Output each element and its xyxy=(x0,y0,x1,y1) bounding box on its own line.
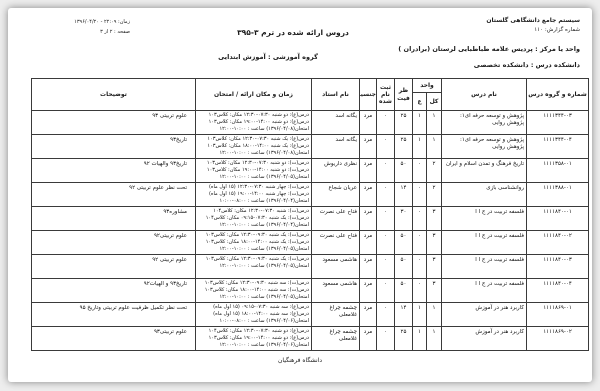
header-gender: جنسیت xyxy=(359,79,376,111)
cell-capacity: ۲۵ xyxy=(394,135,412,159)
cell-professor: فتاح علی نصرت xyxy=(311,231,359,255)
cell-gender: مرد xyxy=(359,303,376,327)
cell-remarks: علوم تربیتی۹۲ xyxy=(31,231,195,255)
header-registered: ثبت نام شده xyxy=(376,79,394,111)
cell-registered: ۰ xyxy=(376,207,394,231)
cell-registered: ۰ xyxy=(376,303,394,327)
cell-course-name: فلسفه تربیت در ج ا ا xyxy=(442,207,527,231)
header-remarks: توضیحات xyxy=(31,79,195,111)
cell-capacity: ۱۴ xyxy=(394,183,412,207)
cell-course-name: فلسفه تربیت در ج ا ا xyxy=(442,255,527,279)
cell-registered: ۰ xyxy=(376,255,394,279)
cell-remarks: علوم تربیتی ۹۳ xyxy=(31,111,195,135)
cell-registered: ۰ xyxy=(376,231,394,255)
cell-course-no: ۱۱۱۱۸۴۰-۰۴ xyxy=(527,279,589,303)
cell-capacity: ۵۰ xyxy=(394,255,412,279)
header-units-total: کل xyxy=(427,93,442,111)
cell-gender: مرد xyxy=(359,111,376,135)
cell-course-no: ۱۱۱۱۳۵۸-۰۱ xyxy=(527,159,589,183)
header-units-practical: ع xyxy=(412,93,426,111)
cell-course-no: ۱۱۱۱۸۶۹-۰۲ xyxy=(527,327,589,351)
cell-gender: مرد xyxy=(359,159,376,183)
cell-schedule: درس(ع): دو شنبه ۰۷:۳۰-۱۲:۳۰ مکان: کلاس۱۰… xyxy=(195,111,311,135)
cell-professor: عریان شجاع xyxy=(311,183,359,207)
cell-units-practical: ۰ xyxy=(412,159,426,183)
cell-registered: ۰ xyxy=(376,111,394,135)
cell-course-no: ۱۱۱۱۸۴۰-۰۱ xyxy=(527,207,589,231)
cell-course-name: پژوهش و توسعه حرفه ای۱: پژوهش روایی xyxy=(442,135,527,159)
table-row: ۱۱۱۱۳۴۴-۰۳پژوهش و توسعه حرفه ای۱: پژوهش … xyxy=(31,111,588,135)
faculty-line: دانشکده درس : دانشکده تخصصی xyxy=(474,61,580,69)
cell-registered: ۰ xyxy=(376,159,394,183)
table-row: ۱۱۱۱۳۴۴-۰۴پژوهش و توسعه حرفه ای۱: پژوهش … xyxy=(31,135,588,159)
cell-units-practical: ۱ xyxy=(412,327,426,351)
cell-units-total: ۳ xyxy=(427,255,442,279)
cell-course-no: ۱۱۱۱۸۴۰-۰۳ xyxy=(527,255,589,279)
table-row: ۱۱۱۱۸۴۰-۰۱فلسفه تربیت در ج ا ا۳۰۳۰۰مردفت… xyxy=(31,207,588,231)
cell-registered: ۰ xyxy=(376,327,394,351)
cell-gender: مرد xyxy=(359,183,376,207)
cell-course-name: تاریخ فرهنگ و تمدن اسلام و ایران xyxy=(442,159,527,183)
cell-schedule: درس(ت): سه شنبه ۰۹:۳۰-۱۲:۳۰ مکان: کلاس۱۰… xyxy=(195,279,311,303)
cell-course-name: پژوهش و توسعه حرفه ای۱: پژوهش روایی xyxy=(442,111,527,135)
cell-remarks: مشاوره۹۳ xyxy=(31,207,195,231)
header-registered-line3: شده xyxy=(377,98,394,105)
cell-gender: مرد xyxy=(359,255,376,279)
cell-schedule: درس(ع): یک شنبه ۰۷:۳۰-۱۲:۳۰ مکان: کلاس۱۰… xyxy=(195,135,311,159)
cell-course-name: فلسفه تربیت در ج ا ا xyxy=(442,279,527,303)
cell-units-total: ۱ xyxy=(427,111,442,135)
cell-capacity: ۵۰ xyxy=(394,159,412,183)
table-row: ۱۱۱۱۸۶۹-۰۲کاربرد هنر در آموزش۱۱۲۵۰مردچشم… xyxy=(31,327,588,351)
cell-course-no: ۱۱۱۱۸۴۰-۰۲ xyxy=(527,231,589,255)
header-registered-line1: ثبت xyxy=(377,84,394,91)
cell-capacity: ۲۵ xyxy=(394,327,412,351)
print-meta: زمان: ۲۲:۰۹ - ۱۳۹۶/۰۴/۲۰ صفحه : ۲ از ۳ xyxy=(30,19,130,39)
header-units: واحد xyxy=(412,79,441,93)
cell-registered: ۰ xyxy=(376,279,394,303)
cell-units-total: ۱ xyxy=(427,327,442,351)
table-row: ۱۱۱۱۳۸۸-۰۱روانشناسی بازی۲۰۱۴۰مردعریان شج… xyxy=(31,183,588,207)
cell-units-total: ۲ xyxy=(427,183,442,207)
group-line: گروه آموزشی : آموزش ابتدایی xyxy=(133,53,403,61)
report-screenshot: { "page": { "system_title": "سیستم جامع … xyxy=(0,0,600,391)
header-capacity: ظر فیت xyxy=(394,79,412,111)
cell-units-total: ۳ xyxy=(427,231,442,255)
course-table: شماره و گروه درس نام درس واحد ظر فیت ثبت… xyxy=(31,78,589,351)
cell-professor: چشمه چراغغلامعلی xyxy=(311,327,359,351)
cell-units-total: ۳ xyxy=(427,279,442,303)
cell-capacity: ۵۰ xyxy=(394,279,412,303)
system-title: سیستم جامع دانشگاهی گلستان xyxy=(486,17,580,24)
cell-units-practical: ۰ xyxy=(412,183,426,207)
footer-university: دانشگاه فرهنگیان xyxy=(8,357,592,364)
cell-course-name: کاربرد هنر در آموزش xyxy=(442,327,527,351)
cell-registered: ۰ xyxy=(376,183,394,207)
cell-capacity: ۲۵ xyxy=(394,111,412,135)
table-row: ۱۱۱۱۸۴۰-۰۴فلسفه تربیت در ج ا ا۳۰۵۰۰مردها… xyxy=(31,279,588,303)
system-header: سیستم جامع دانشگاهی گلستان شماره گزارش: … xyxy=(486,17,580,33)
header-capacity-line2: فیت xyxy=(395,95,412,102)
cell-course-no: ۱۱۱۱۸۶۹-۰۱ xyxy=(527,303,589,327)
cell-remarks: تاریخ۹۳ والهیات ۹۲ xyxy=(31,159,195,183)
header-registered-line2: نام xyxy=(377,91,394,98)
cell-schedule: درس(ت): چهار شنبه ۰۷:۳۰-۱۲:۳۰ (۱۵ اول ما… xyxy=(195,183,311,207)
cell-units-total: ۱ xyxy=(427,303,442,327)
cell-units-total: ۳ xyxy=(427,207,442,231)
cell-course-name: فلسفه تربیت در ج ا ا xyxy=(442,231,527,255)
cell-capacity: ۱۴ xyxy=(394,303,412,327)
cell-units-total: ۱ xyxy=(427,135,442,159)
cell-professor: هاشمی مسعود xyxy=(311,255,359,279)
cell-course-no: ۱۱۱۱۳۴۴-۰۳ xyxy=(527,111,589,135)
cell-remarks: تاریخ۹۳ و الهیات۹۲ xyxy=(31,279,195,303)
cell-schedule: درس(ع): دو شنبه ۰۷:۳۰-۱۲:۳۰ مکان: کلاس۱۰… xyxy=(195,327,311,351)
cell-professor: فتاح علی نصرت xyxy=(311,207,359,231)
unit-center-line: واحد یا مرکز : پردیس علامه طباطبایی لرست… xyxy=(398,45,580,53)
header-professor: نام استاد xyxy=(311,79,359,111)
table-row: ۱۱۱۱۸۴۰-۰۲فلسفه تربیت در ج ا ا۳۰۵۰۰مردفت… xyxy=(31,231,588,255)
cell-professor: یگانه اسد xyxy=(311,135,359,159)
cell-units-practical: ۰ xyxy=(412,279,426,303)
cell-course-name: روانشناسی بازی xyxy=(442,183,527,207)
cell-gender: مرد xyxy=(359,231,376,255)
table-row: ۱۱۱۱۳۵۸-۰۱تاریخ فرهنگ و تمدن اسلام و ایر… xyxy=(31,159,588,183)
cell-gender: مرد xyxy=(359,327,376,351)
header-schedule: زمان و مکان ارائه / امتحان xyxy=(195,79,311,111)
cell-units-practical: ۱ xyxy=(412,111,426,135)
cell-capacity: ۵۰ xyxy=(394,231,412,255)
cell-gender: مرد xyxy=(359,279,376,303)
cell-units-practical: ۱ xyxy=(412,135,426,159)
page-number: صفحه : ۲ از ۳ xyxy=(30,29,130,35)
table-row: ۱۱۱۱۸۶۹-۰۱کاربرد هنر در آموزش۱۱۱۴۰مردچشم… xyxy=(31,303,588,327)
header-course-no: شماره و گروه درس xyxy=(527,79,589,111)
cell-schedule: درس(ت): شنبه ۰۷:۳۰-۱۲:۳۰ مکان: کلاس۱۰۴در… xyxy=(195,207,311,231)
cell-remarks: تاریخ۹۳ xyxy=(31,135,195,159)
header-course-name: نام درس xyxy=(442,79,527,111)
cell-remarks: علوم تربیتی۹۳ xyxy=(31,327,195,351)
cell-course-no: ۱۱۱۱۳۸۸-۰۱ xyxy=(527,183,589,207)
cell-units-practical: ۱ xyxy=(412,303,426,327)
cell-professor: هاشمی مسعود xyxy=(311,279,359,303)
table-row: ۱۱۱۱۸۴۰-۰۳فلسفه تربیت در ج ا ا۳۰۵۰۰مردها… xyxy=(31,255,588,279)
cell-remarks: علوم تربیتی ۹۲ xyxy=(31,255,195,279)
header-capacity-line1: ظر xyxy=(395,87,412,94)
cell-schedule: درس(ت): یک شنبه ۰۹:۳۰-۱۲:۳۰ مکان: کلاس۱۰… xyxy=(195,231,311,255)
cell-course-name: کاربرد هنر در آموزش xyxy=(442,303,527,327)
cell-units-total: ۲ xyxy=(427,159,442,183)
cell-units-practical: ۰ xyxy=(412,207,426,231)
cell-gender: مرد xyxy=(359,207,376,231)
cell-capacity: ۳۰ xyxy=(394,207,412,231)
cell-units-practical: ۰ xyxy=(412,255,426,279)
cell-professor: چشمه چراغغلامعلی xyxy=(311,303,359,327)
page-title: دروس ارائه شده در ترم ۳-۳۹۵ xyxy=(158,28,428,37)
course-table-header: شماره و گروه درس نام درس واحد ظر فیت ثبت… xyxy=(31,79,588,111)
report-page: سیستم جامع دانشگاهی گلستان شماره گزارش: … xyxy=(8,8,592,382)
cell-professor: یگانه اسد xyxy=(311,111,359,135)
cell-course-no: ۱۱۱۱۳۴۴-۰۴ xyxy=(527,135,589,159)
report-number: شماره گزارش: ۱۱۰ xyxy=(486,27,580,33)
cell-professor: نظری داریوش xyxy=(311,159,359,183)
cell-remarks: تحت نظر تکمیل ظرفیت علوم تربیتی وتاریخ ۹… xyxy=(31,303,195,327)
cell-units-practical: ۰ xyxy=(412,231,426,255)
cell-schedule: درس(ع): سه شنبه ۰۷:۳۰-۰۹:۱۵ (۱۵ اول ماه)… xyxy=(195,303,311,327)
cell-registered: ۰ xyxy=(376,135,394,159)
cell-schedule: درس(ت): یک شنبه ۰۹:۳۰-۱۲:۳۰ مکان: کلاس۱۰… xyxy=(195,255,311,279)
print-time: زمان: ۲۲:۰۹ - ۱۳۹۶/۰۴/۲۰ xyxy=(30,19,130,25)
cell-schedule: درس(ت): دو شنبه ۰۷:۳۰-۱۲:۳۰ مکان: کلاس۱۰… xyxy=(195,159,311,183)
cell-gender: مرد xyxy=(359,135,376,159)
course-table-body: ۱۱۱۱۳۴۴-۰۳پژوهش و توسعه حرفه ای۱: پژوهش … xyxy=(31,111,588,351)
cell-remarks: تحت نظر علوم تربیتی ۹۲ xyxy=(31,183,195,207)
